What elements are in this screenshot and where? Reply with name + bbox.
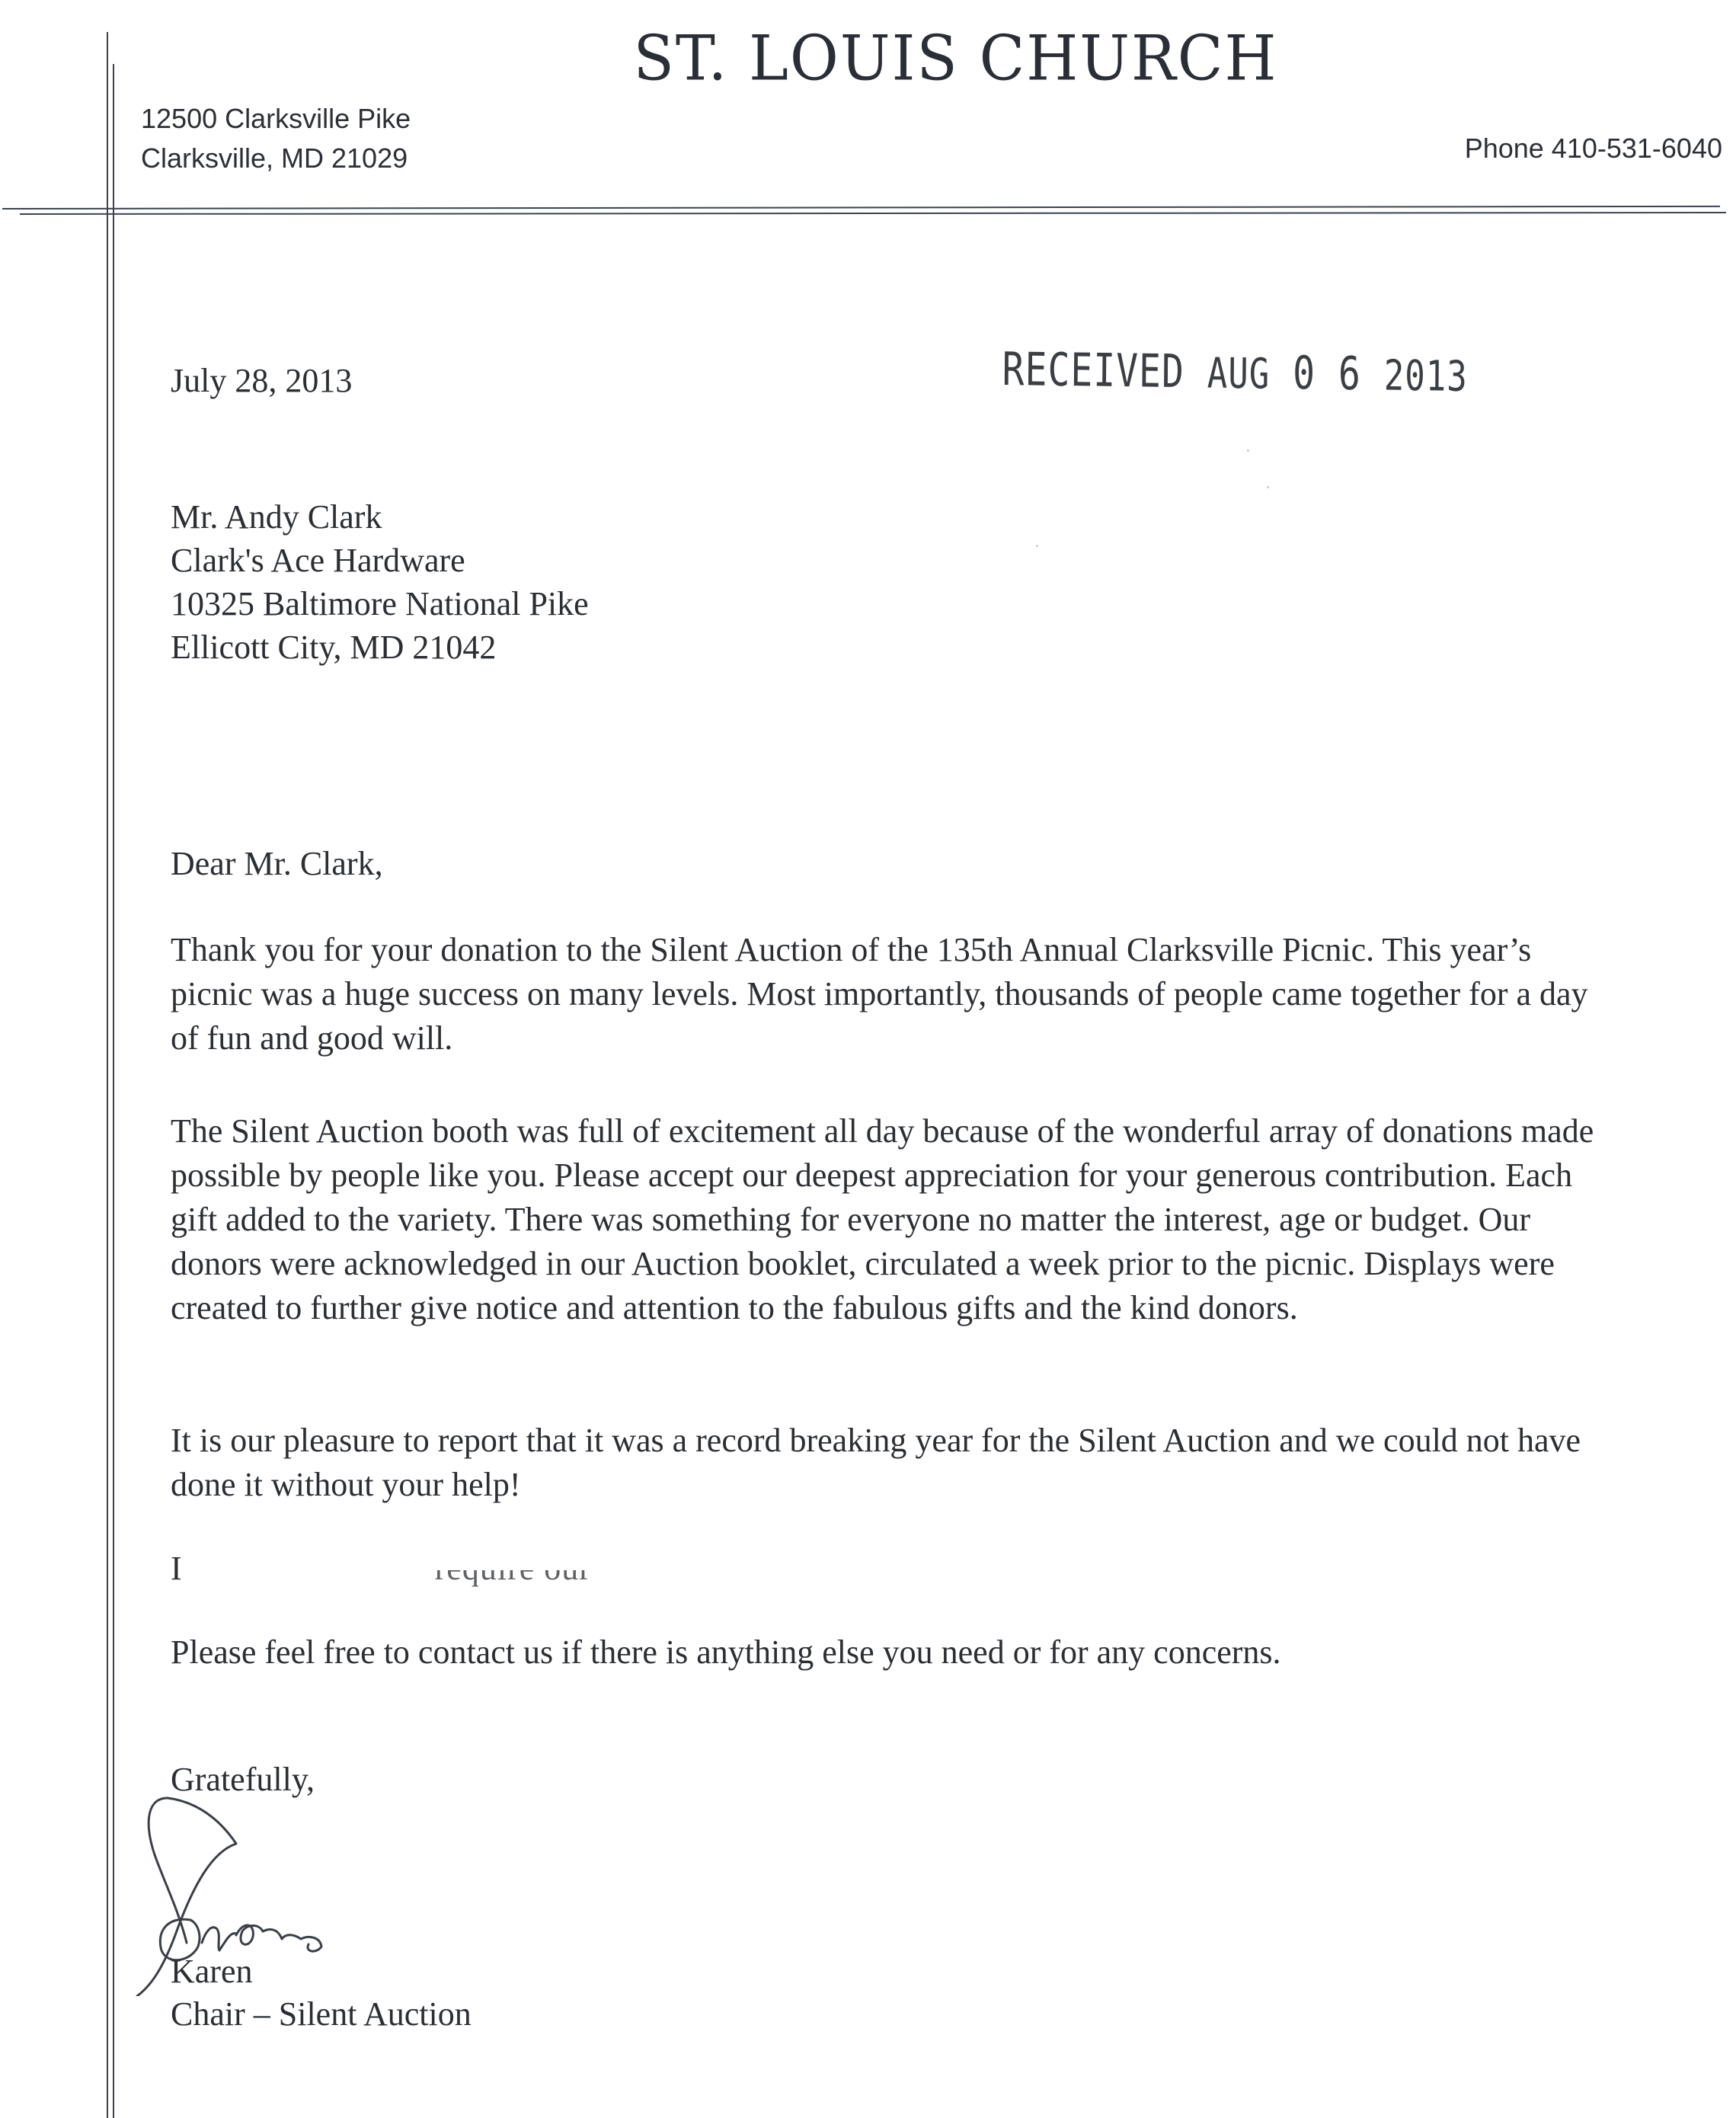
recipient-street: 10325 Baltimore National Pike <box>171 582 589 625</box>
recipient-company: Clark's Ace Hardware <box>171 539 589 582</box>
church-address-line2: Clarksville, MD 21029 <box>141 139 411 178</box>
redacted-paragraph: I require our <box>171 1547 1618 1591</box>
received-stamp: RECEIVED AUG 0 6 2013 <box>1002 343 1468 402</box>
church-address-line1: 12500 Clarksville Pike <box>141 99 411 139</box>
body-paragraph: Thank you for your donation to the Silen… <box>171 928 1618 1061</box>
scan-speck <box>1036 545 1038 547</box>
recipient-name: Mr. Andy Clark <box>171 495 589 539</box>
body-paragraph: It is our pleasure to report that it was… <box>171 1419 1618 1507</box>
recipient-address: Mr. Andy Clark Clark's Ace Hardware 1032… <box>171 495 589 669</box>
signer-title: Chair – Silent Auction <box>171 1993 472 2036</box>
church-name: ST. LOUIS CHURCH <box>0 23 1736 95</box>
letterhead-horizontal-rule <box>2 206 1720 210</box>
church-phone: Phone 410-531-6040 <box>1465 133 1722 165</box>
letterhead-vertical-rule <box>113 64 114 2118</box>
letterhead-horizontal-rule <box>20 212 1726 215</box>
scan-speck <box>1267 486 1269 488</box>
redacted-line-start: I <box>171 1550 182 1587</box>
body-paragraph: The Silent Auction booth was full of exc… <box>171 1109 1618 1330</box>
signer-name: Karen <box>171 1950 472 1993</box>
stamp-label: RECEIVED <box>1002 343 1185 398</box>
church-address: 12500 Clarksville Pike Clarksville, MD 2… <box>141 99 411 178</box>
signer-block: Karen Chair – Silent Auction <box>171 1950 472 2036</box>
recipient-city: Ellicott City, MD 21042 <box>171 625 589 669</box>
letterhead-vertical-rule <box>107 32 108 2118</box>
letter-date: July 28, 2013 <box>171 361 352 400</box>
stamp-day: 0 6 <box>1293 347 1361 401</box>
scan-speck <box>1247 450 1249 452</box>
stamp-year: 2013 <box>1383 352 1467 402</box>
salutation: Dear Mr. Clark, <box>171 844 383 883</box>
redacted-line-fragment: require our <box>435 1550 591 1587</box>
body-paragraph: Please feel free to contact us if there … <box>171 1630 1618 1675</box>
stamp-month: AUG <box>1207 350 1271 399</box>
